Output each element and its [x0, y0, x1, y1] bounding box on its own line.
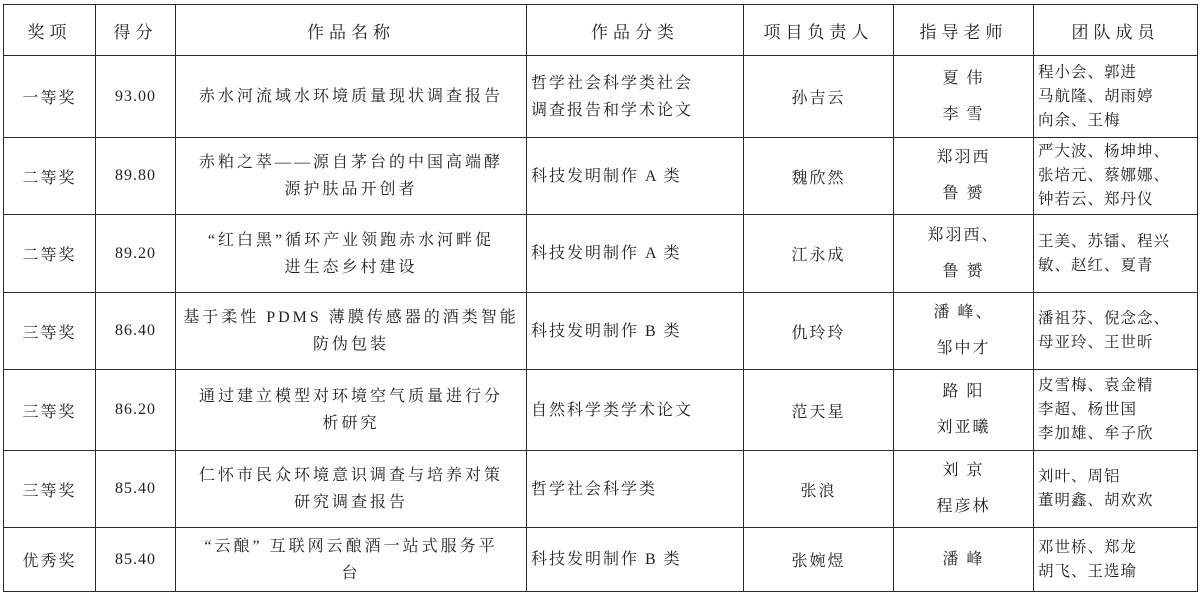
cell-teachers: 潘 峰	[894, 528, 1034, 592]
cell-members: 程小会、郭进 马航隆、胡雨婷 向余、王梅	[1034, 56, 1198, 138]
col-header-teacher: 指导老师	[894, 5, 1034, 56]
cell-title: 赤粕之萃——源自茅台的中国高端酵 源护肤品开创者	[176, 138, 527, 215]
cell-teachers: 潘 峰、 邹中才	[894, 293, 1034, 370]
col-header-title: 作品名称	[176, 5, 527, 56]
cell-members: 皮雪梅、袁金精 李超、杨世国 李加雄、牟子欣	[1034, 370, 1198, 451]
col-header-score: 得分	[96, 5, 176, 56]
cell-award: 一等奖	[4, 56, 96, 138]
cell-score: 86.20	[96, 370, 176, 451]
cell-members: 邓世桥、郑龙 胡飞、王选瑜	[1034, 528, 1198, 592]
cell-leader: 魏欣然	[744, 138, 894, 215]
cell-category: 科技发明制作 B 类	[527, 528, 744, 592]
cell-teachers: 郑羽西 鲁 赟	[894, 138, 1034, 215]
cell-members: 潘祖芬、倪念念、 母亚玲、王世昕	[1034, 293, 1198, 370]
cell-award: 三等奖	[4, 293, 96, 370]
cell-score: 89.80	[96, 138, 176, 215]
cell-leader: 仇玲玲	[744, 293, 894, 370]
cell-score: 85.40	[96, 528, 176, 592]
cell-leader: 江永成	[744, 215, 894, 293]
table-row: 二等奖 89.20 “红白黑”循环产业领跑赤水河畔促 进生态乡村建设 科技发明制…	[4, 215, 1198, 293]
cell-score: 86.40	[96, 293, 176, 370]
document-page: 奖项 得分 作品名称 作品分类 项目负责人 指导老师 团队成员 一等奖 93.0…	[0, 0, 1200, 594]
cell-award: 二等奖	[4, 215, 96, 293]
table-row: 三等奖 86.40 基于柔性 PDMS 薄膜传感器的酒类智能 防伪包装 科技发明…	[4, 293, 1198, 370]
cell-members: 刘叶、周铝 董明鑫、胡欢欢	[1034, 451, 1198, 528]
cell-leader: 孙吉云	[744, 56, 894, 138]
cell-category: 科技发明制作 A 类	[527, 215, 744, 293]
cell-title: “红白黑”循环产业领跑赤水河畔促 进生态乡村建设	[176, 215, 527, 293]
cell-score: 89.20	[96, 215, 176, 293]
table-row: 二等奖 89.80 赤粕之萃——源自茅台的中国高端酵 源护肤品开创者 科技发明制…	[4, 138, 1198, 215]
col-header-leader: 项目负责人	[744, 5, 894, 56]
cell-teachers: 夏 伟 李 雪	[894, 56, 1034, 138]
cell-score: 93.00	[96, 56, 176, 138]
cell-title: 基于柔性 PDMS 薄膜传感器的酒类智能 防伪包装	[176, 293, 527, 370]
cell-category: 哲学社会科学类	[527, 451, 744, 528]
awards-table: 奖项 得分 作品名称 作品分类 项目负责人 指导老师 团队成员 一等奖 93.0…	[3, 4, 1198, 592]
cell-category: 科技发明制作 A 类	[527, 138, 744, 215]
cell-title: 赤水河流域水环境质量现状调查报告	[176, 56, 527, 138]
cell-leader: 张婉煜	[744, 528, 894, 592]
col-header-members: 团队成员	[1034, 5, 1198, 56]
cell-teachers: 路 阳 刘亚曦	[894, 370, 1034, 451]
header-row: 奖项 得分 作品名称 作品分类 项目负责人 指导老师 团队成员	[4, 5, 1198, 56]
cell-category: 科技发明制作 B 类	[527, 293, 744, 370]
cell-title: 仁怀市民众环境意识调查与培养对策 研究调查报告	[176, 451, 527, 528]
cell-members: 严大波、杨坤坤、 张培元、蔡娜娜、 钟若云、郑丹仪	[1034, 138, 1198, 215]
cell-award: 二等奖	[4, 138, 96, 215]
table-row: 一等奖 93.00 赤水河流域水环境质量现状调查报告 哲学社会科学类社会 调查报…	[4, 56, 1198, 138]
table-row: 三等奖 86.20 通过建立模型对环境空气质量进行分 析研究 自然科学类学术论文…	[4, 370, 1198, 451]
cell-teachers: 郑羽西、 鲁 赟	[894, 215, 1034, 293]
cell-category: 自然科学类学术论文	[527, 370, 744, 451]
table-row: 三等奖 85.40 仁怀市民众环境意识调查与培养对策 研究调查报告 哲学社会科学…	[4, 451, 1198, 528]
cell-title: 通过建立模型对环境空气质量进行分 析研究	[176, 370, 527, 451]
table-row: 优秀奖 85.40 “云酿” 互联网云酿酒一站式服务平 台 科技发明制作 B 类…	[4, 528, 1198, 592]
cell-teachers: 刘 京 程彦林	[894, 451, 1034, 528]
cell-award: 三等奖	[4, 451, 96, 528]
cell-title: “云酿” 互联网云酿酒一站式服务平 台	[176, 528, 527, 592]
cell-score: 85.40	[96, 451, 176, 528]
cell-award: 优秀奖	[4, 528, 96, 592]
cell-members: 王美、苏镭、程兴 敏、赵红、夏青	[1034, 215, 1198, 293]
cell-category: 哲学社会科学类社会 调查报告和学术论文	[527, 56, 744, 138]
cell-leader: 范天星	[744, 370, 894, 451]
cell-award: 三等奖	[4, 370, 96, 451]
col-header-category: 作品分类	[527, 5, 744, 56]
cell-leader: 张浪	[744, 451, 894, 528]
col-header-award: 奖项	[4, 5, 96, 56]
